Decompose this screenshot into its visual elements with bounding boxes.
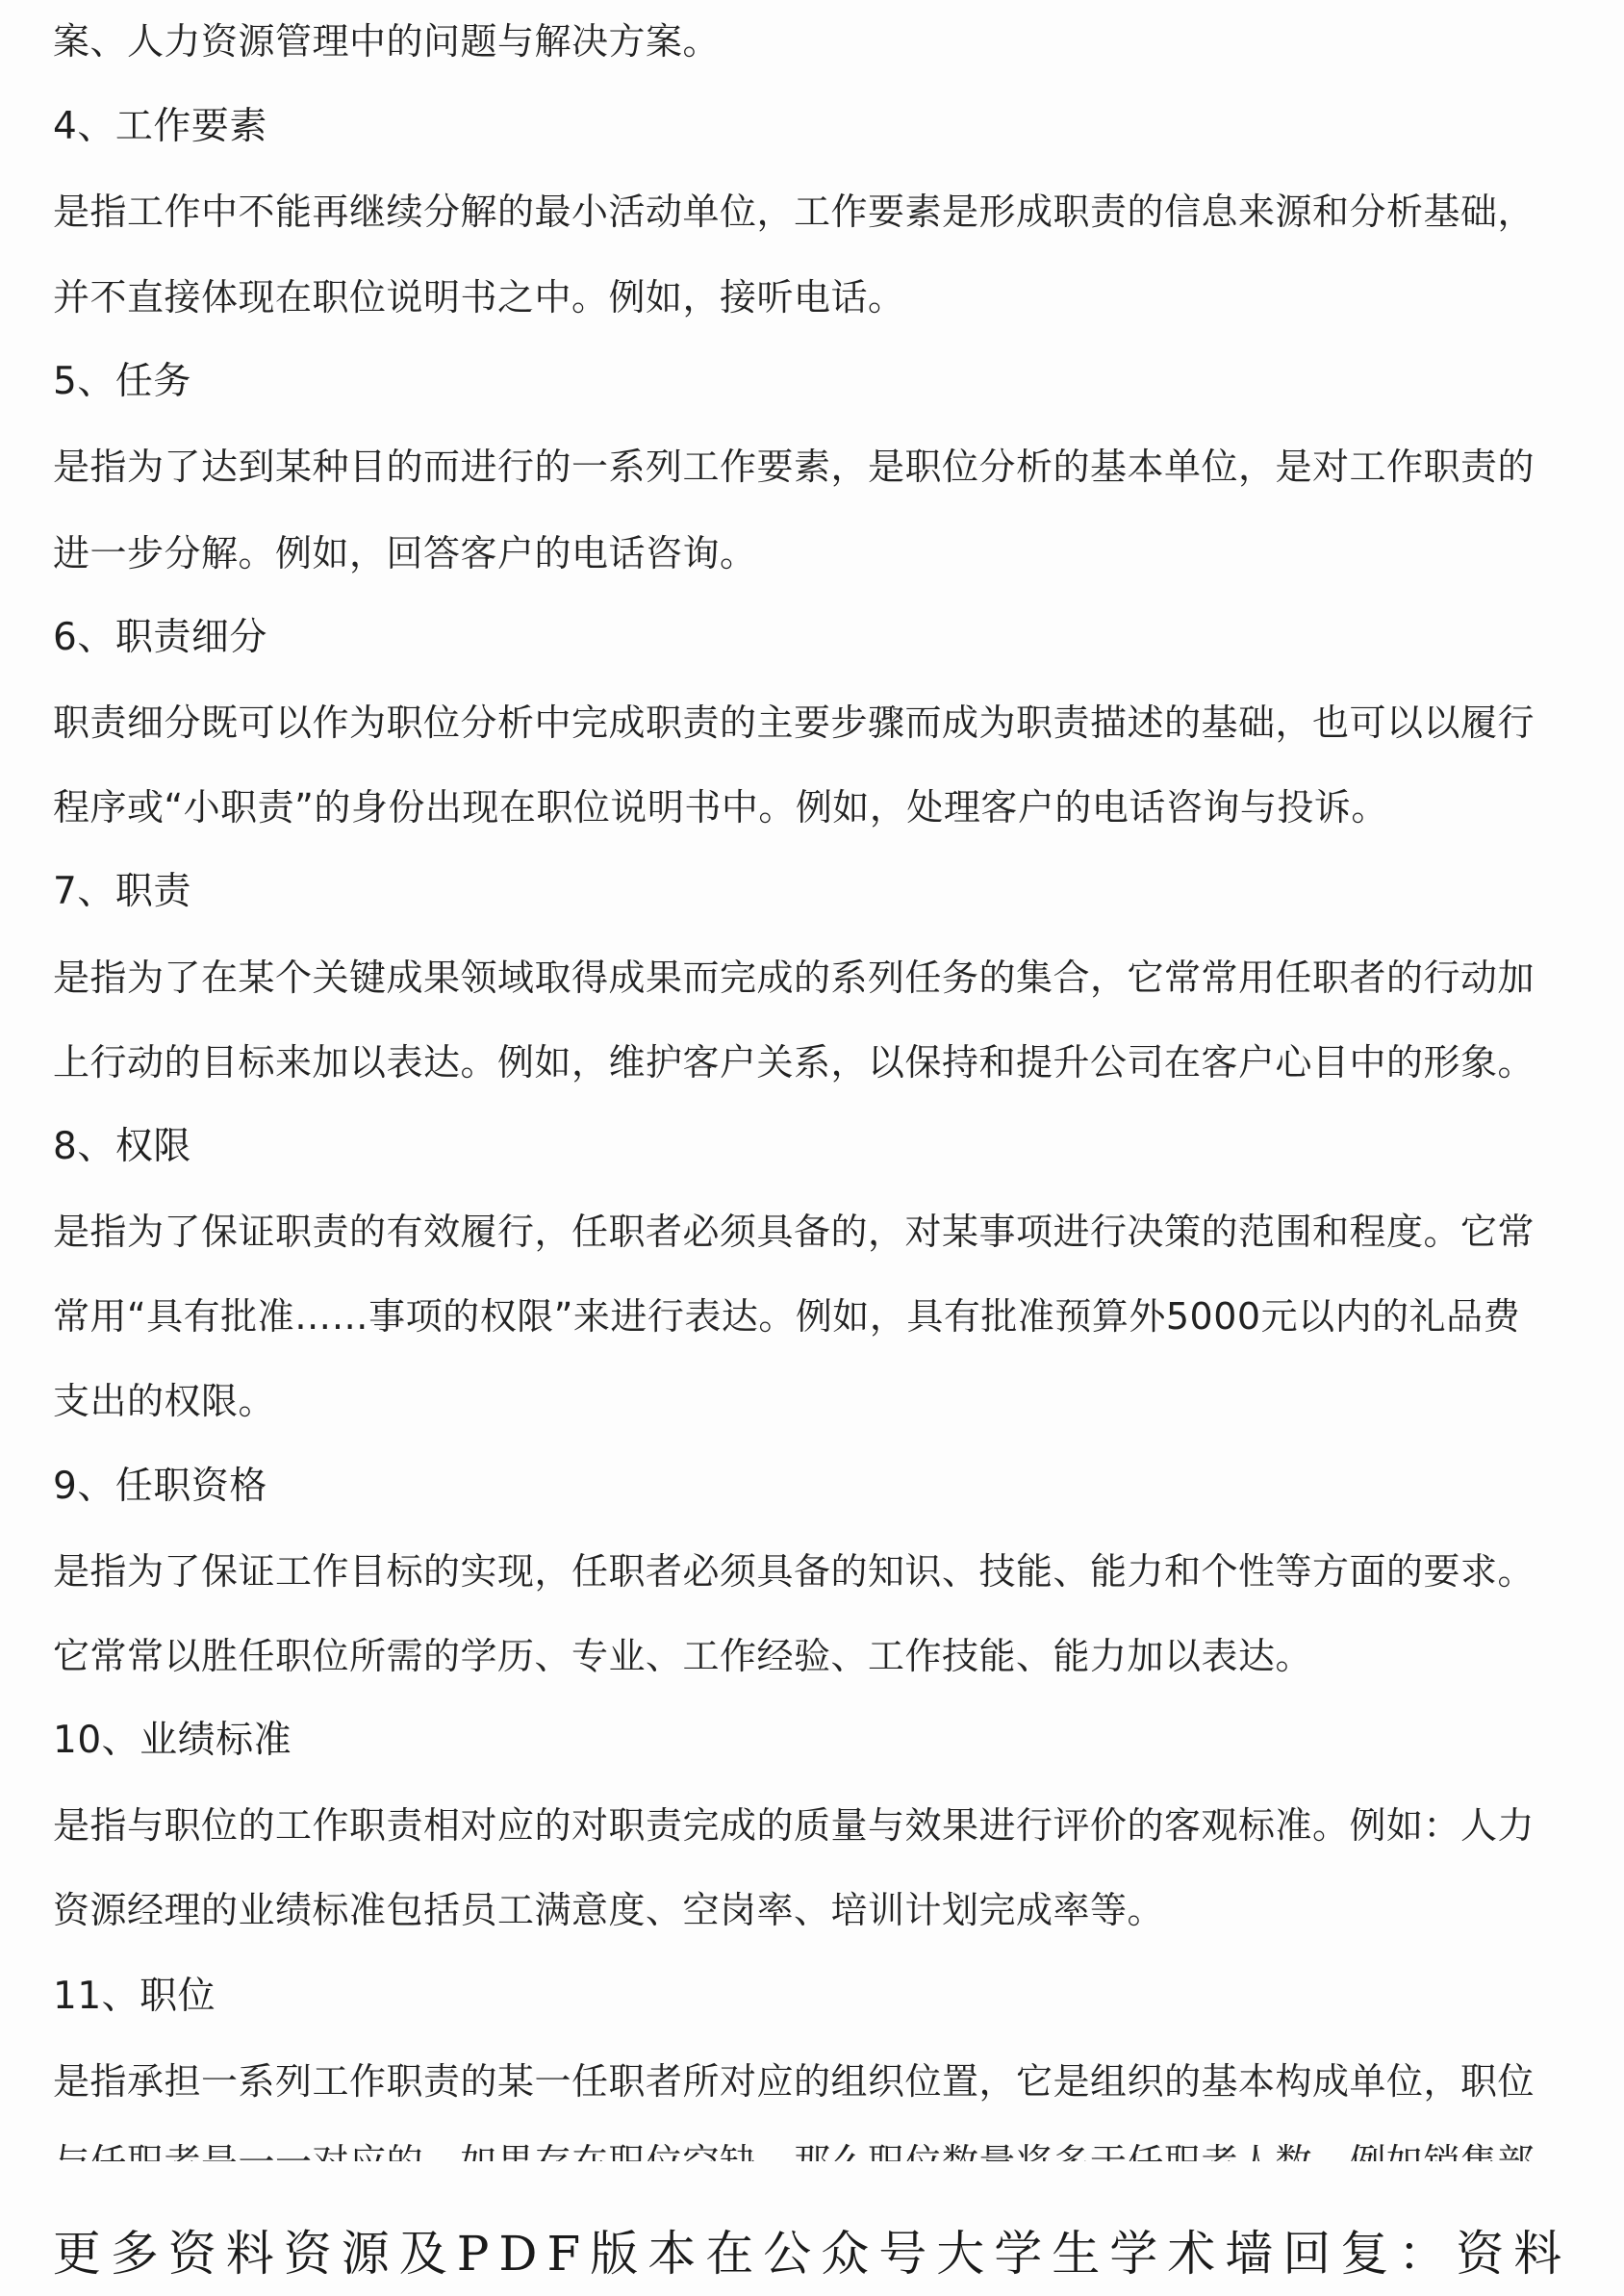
paragraph-line: 是指工作中不能再继续分解的最小活动单位，工作要素是形成职责的信息来源和分析基础， — [53, 188, 1586, 236]
paragraph-line: 职责细分既可以作为职位分析中完成职责的主要步骤而成为职责描述的基础，也可以以履行 — [53, 699, 1586, 747]
paragraph-line: 案、人力资源管理中的问题与解决方案。 — [53, 17, 1586, 65]
paragraph-line: 并不直接体现在职位说明书之中。例如，接听电话。 — [53, 273, 1586, 321]
paragraph-line: 是指承担一系列工作职责的某一任职者所对应的组织位置，它是组织的基本构成单位，职位 — [53, 2057, 1586, 2105]
section-heading: 7、职责 — [53, 868, 1586, 916]
paragraph-line: 资源经理的业绩标准包括员工满意度、空岗率、培训计划完成率等。 — [53, 1886, 1586, 1934]
paragraph-line: 进一步分解。例如，回答客户的电话咨询。 — [53, 529, 1586, 577]
section-heading: 9、任职资格 — [53, 1463, 1586, 1511]
section-heading: 6、职责细分 — [53, 614, 1586, 662]
paragraph-line: 与任职者是一一对应的，如果存在职位空缺，那么职位数量将多于任职者人数。例如销售部 — [53, 2140, 1586, 2161]
section-heading: 10、业绩标准 — [53, 1717, 1586, 1765]
paragraph-line: 程序或“小职责”的身份出现在职位说明书中。例如，处理客户的电话咨询与投诉。 — [53, 783, 1586, 831]
section-heading: 5、任务 — [53, 358, 1586, 406]
paragraph-line: 常用“具有批准……事项的权限”来进行表达。例如，具有批准预算外5000元以内的礼… — [53, 1292, 1586, 1340]
paragraph-line: 是指为了达到某种目的而进行的一系列工作要素，是职位分析的基本单位，是对工作职责的 — [53, 443, 1586, 491]
clipped-line-text: 与任职者是一一对应的，如果存在职位空缺，那么职位数量将多于任职者人数。例如销售部 — [53, 2140, 1586, 2161]
section-heading: 11、职位 — [53, 1973, 1586, 2021]
paragraph-line: 上行动的目标来加以表达。例如，维护客户关系，以保持和提升公司在客户心目中的形象。 — [53, 1038, 1586, 1086]
paragraph-line: 支出的权限。 — [53, 1377, 1586, 1425]
paragraph-line: 是指为了在某个关键成果领域取得成果而完成的系列任务的集合，它常常用任职者的行动加 — [53, 954, 1586, 1002]
footer-watermark: 更多资料资源及PDF版本在公众号大学生学术墙回复：资料 — [0, 2225, 1624, 2283]
paragraph-line: 是指为了保证职责的有效履行，任职者必须具备的，对某事项进行决策的范围和程度。它常 — [53, 1208, 1586, 1256]
section-heading: 4、工作要素 — [53, 103, 1586, 151]
paragraph-line: 是指与职位的工作职责相对应的对职责完成的质量与效果进行评价的客观标准。例如：人力 — [53, 1801, 1586, 1850]
section-heading: 8、权限 — [53, 1123, 1586, 1171]
paragraph-line: 是指为了保证工作目标的实现，任职者必须具备的知识、技能、能力和个性等方面的要求。 — [53, 1547, 1586, 1595]
paragraph-line: 它常常以胜任职位所需的学历、专业、工作经验、工作技能、能力加以表达。 — [53, 1632, 1586, 1680]
